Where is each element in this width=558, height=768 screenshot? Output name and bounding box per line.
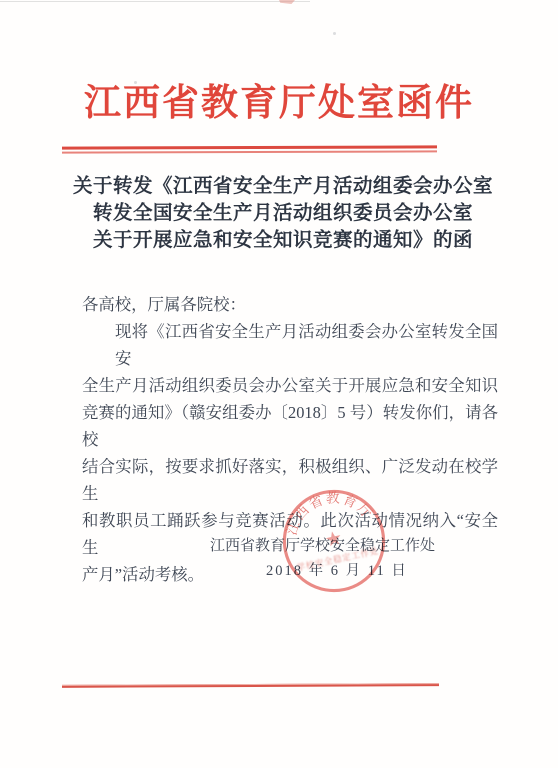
document-title-line: 转发全国安全生产月活动组织委员会办公室: [4, 200, 558, 227]
document-title: 关于转发《江西省安全生产月活动组委会办公室 转发全国安全生产月活动组织委员会办公…: [4, 173, 558, 254]
letterhead-separator-thick: [62, 145, 437, 149]
salutation: 各高校，厅属各院校：: [82, 291, 498, 318]
official-seal: 江西省教育厅 学校安全稳定工作处: [270, 477, 398, 605]
footer-rule: [62, 683, 439, 688]
scan-edge-artifact: [0, 1, 310, 2]
paragraph-line: 全生产月活动组织委员会办公室关于开展应急和安全知识: [82, 372, 498, 399]
paragraph-line: 现将《江西省安全生产月活动组委会办公室转发全国安: [82, 318, 498, 372]
letterhead-separator-thin: [62, 150, 437, 153]
scan-red-speck-artifact: [279, 0, 295, 4]
scan-noise-dot: [333, 32, 336, 35]
document-title-line: 关于转发《江西省安全生产月活动组委会办公室: [4, 173, 558, 200]
seal-bottom-text: 学校安全稳定工作处: [296, 546, 380, 573]
paragraph-line: 竞赛的通知》（赣安组委办〔2018〕5 号）转发你们，请各校: [82, 399, 498, 453]
letterhead-title: 江西省教育厅处室函件: [0, 82, 558, 126]
document-title-line: 关于开展应急和安全知识竞赛的通知》的函: [4, 227, 558, 254]
seal-star-icon: [325, 530, 343, 547]
scanned-official-letter: 江西省教育厅处室函件 关于转发《江西省安全生产月活动组委会办公室 转发全国安全生…: [0, 0, 558, 768]
